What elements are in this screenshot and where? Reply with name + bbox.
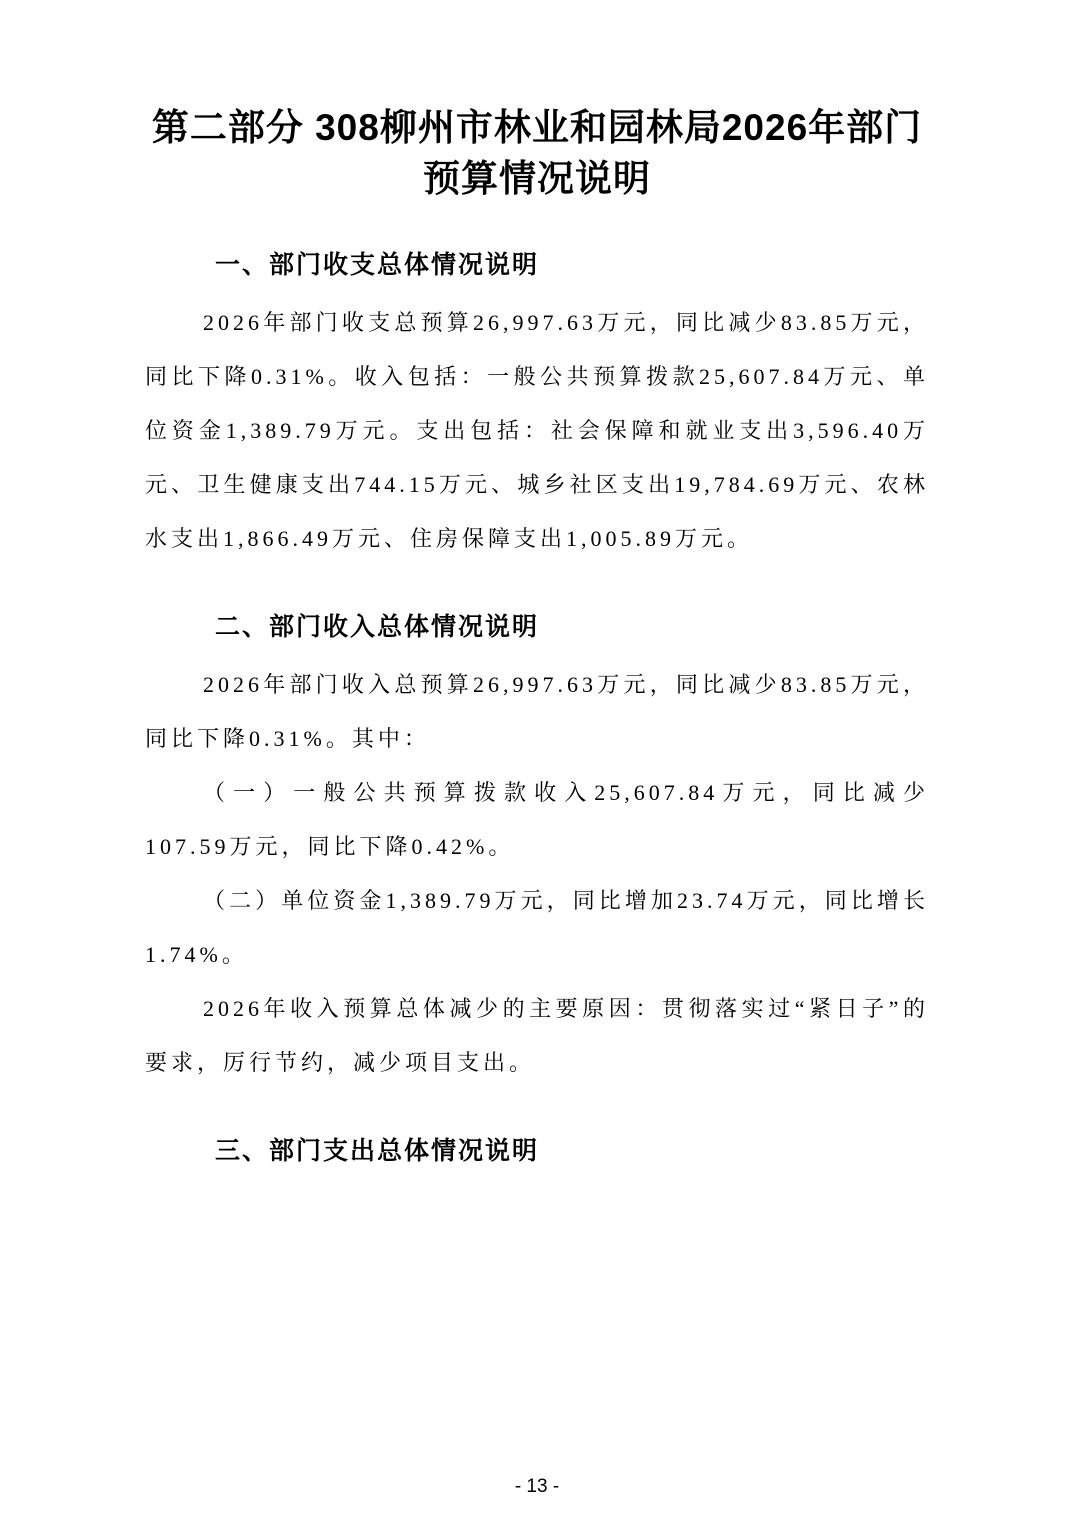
page-number: - 13 - bbox=[0, 1476, 1074, 1498]
section-heading-1: 一、部门收支总体情况说明 bbox=[145, 248, 929, 282]
section-2-body: 2026年部门收入总预算26,997.63万元，同比减少83.85万元，同比下降… bbox=[145, 658, 929, 1090]
section-heading-3: 三、部门支出总体情况说明 bbox=[145, 1134, 929, 1168]
document-page: { "document": { "title": "第二部分 308柳州市林业和… bbox=[0, 0, 1074, 1520]
section-1-paragraph-1: 2026年部门收支总预算26,997.63万元，同比减少83.85万元，同比下降… bbox=[145, 296, 929, 566]
section-1-body: 2026年部门收支总预算26,997.63万元，同比减少83.85万元，同比下降… bbox=[145, 296, 929, 566]
section-2-paragraph-2: （一）一般公共预算拨款收入25,607.84万元，同比减少107.59万元，同比… bbox=[145, 766, 929, 874]
section-2-paragraph-4: 2026年收入预算总体减少的主要原因：贯彻落实过“紧日子”的要求，厉行节约，减少… bbox=[145, 982, 929, 1090]
section-2-paragraph-1: 2026年部门收入总预算26,997.63万元，同比减少83.85万元，同比下降… bbox=[145, 658, 929, 766]
document-title: 第二部分 308柳州市林业和园林局2026年部门预算情况说明 bbox=[145, 102, 929, 204]
section-2-paragraph-3: （二）单位资金1,389.79万元，同比增加23.74万元，同比增长1.74%。 bbox=[145, 874, 929, 982]
page-container: 第二部分 308柳州市林业和园林局2026年部门预算情况说明 一、部门收支总体情… bbox=[0, 0, 1074, 1520]
section-heading-2: 二、部门收入总体情况说明 bbox=[145, 610, 929, 644]
